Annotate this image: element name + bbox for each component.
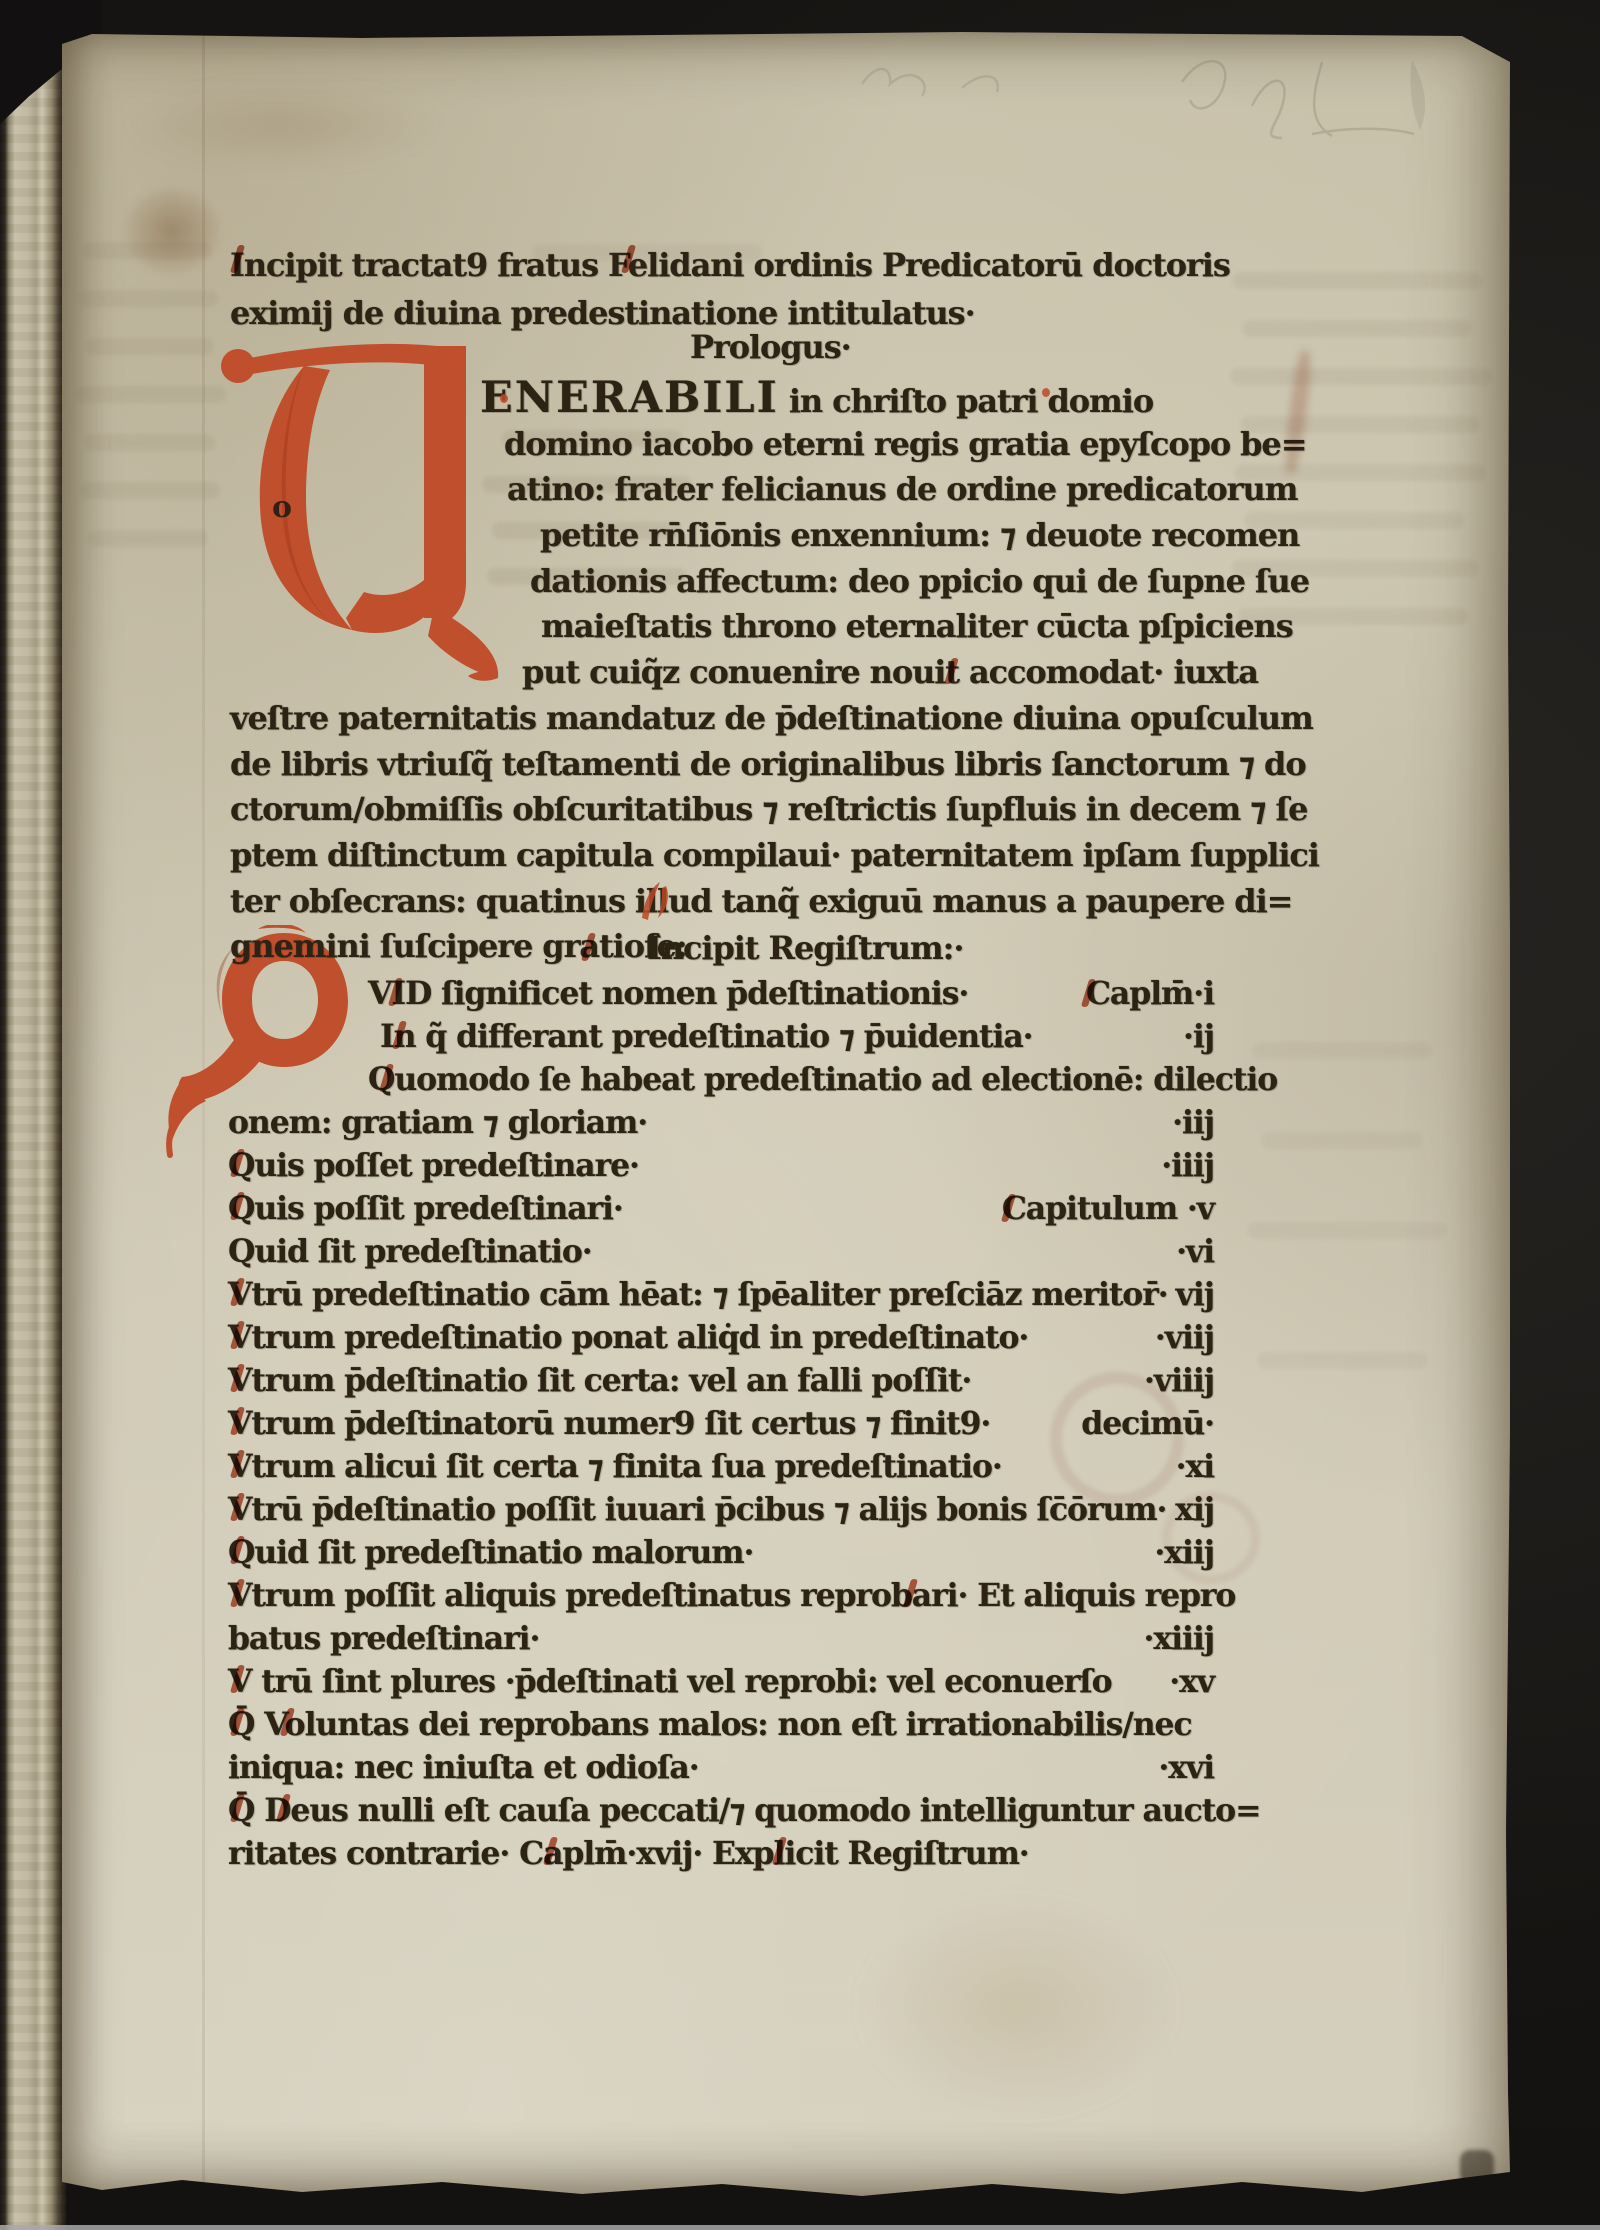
chapter-number: ·xiij [1154, 1531, 1214, 1574]
row-text: VID ſignificet nomen p̄deſtinationis· [368, 975, 968, 1012]
bleedthrough-ghost [80, 482, 220, 499]
chapter-number: ·iij [1172, 1101, 1214, 1144]
register-row: batus predeſtinari··xiiij [228, 1617, 1238, 1660]
chapter-number: ·xvi [1158, 1746, 1214, 1789]
row-text: Vtrum p̄deſtinatio ſit certa: vel an fal… [228, 1362, 971, 1399]
bleedthrough-ghost [76, 386, 226, 403]
prologue-line: ptem diſtinctum capitula compilaui· pate… [230, 833, 1319, 879]
bleedthrough-ghost [1262, 1132, 1422, 1149]
prologue-line-text: in chriſto patri domio [789, 382, 1153, 420]
bleedthrough-ghost [1252, 1042, 1432, 1059]
register-row: Vtrum predeſtinatio ponat aliq̇d in pred… [228, 1316, 1238, 1359]
heading-line: Incipit tractat9 fratus Felidani ordinis… [230, 241, 1230, 289]
rubric-dot [1042, 388, 1050, 397]
register-row: Quomodo ſe habeat predeſtinatio ad elect… [228, 1058, 1238, 1101]
manuscript-leaf: Incipit tractat9 fratus Felidani ordinis… [62, 32, 1510, 2196]
edge-discoloration [122, 80, 442, 170]
chapter-number: ·xiiij [1144, 1617, 1214, 1660]
register-row: onem: gratiam ⁊ gloriam··iij [228, 1101, 1238, 1144]
register-row: In q̃ differant predeſtinatio ⁊ p̄uident… [228, 1015, 1238, 1058]
row-text: iniqua: nec iniuſta et odioſa· [228, 1749, 699, 1786]
chapter-number: ·xi [1176, 1445, 1214, 1488]
bleedthrough-ghost [84, 434, 216, 451]
bleedthrough-ghost [82, 242, 212, 259]
register-row: Vtrum p̄deſtinatio ſit certa: vel an fal… [228, 1359, 1238, 1402]
prologue-line: ter obſecrans: quatinus illud tanq̃ exig… [230, 879, 1319, 925]
row-text: ritates contrarie· Caplm̄·xvij· Explicit… [228, 1835, 1029, 1872]
scanner-edge-line [0, 2225, 1600, 2230]
chapter-number: ·viij [1155, 1316, 1214, 1359]
bleedthrough-ghost [1247, 1222, 1447, 1239]
register-row: Quis poſſit predeſtinari·Capitulum ·v [228, 1187, 1238, 1230]
chapter-number: vij [1176, 1273, 1214, 1316]
row-text: Quid ſit predeſtinatio· [228, 1233, 592, 1270]
handwriting-ghost [1162, 42, 1462, 152]
register-row: Quid ſit predeſtinatio malorum··xiij [228, 1531, 1238, 1574]
red-flourish-mark [634, 878, 680, 922]
handwriting-ghost [852, 44, 1102, 124]
row-text: Vtrū p̄deſtinatio poſſit iuuari p̄cibus … [228, 1491, 1166, 1528]
bleedthrough-ghost [1242, 320, 1472, 337]
register-row: Q̄ Voluntas dei reprobans malos: non eſt… [228, 1703, 1238, 1746]
register-row: Q̄ Deus nulli eſt cauſa peccati/⁊ quomod… [228, 1789, 1238, 1832]
prologue-line: dationis affectum: deo ppicio qui de ſup… [530, 559, 1319, 605]
row-text: Vtrum p̄deſtinatorū numer9 ſit certus ⁊ … [228, 1405, 990, 1442]
prologue-line: de libris vtriuſq̃ teſtamenti de origina… [230, 742, 1319, 788]
row-text: onem: gratiam ⁊ gloriam· [228, 1104, 647, 1141]
prologue-line: ENERABILI in chriſto patri domio [480, 376, 1319, 422]
registrum-heading: Incipit Regiſtrum:· [647, 929, 963, 967]
row-text: Vtrum predeſtinatio ponat aliq̇d in pred… [228, 1319, 1028, 1356]
register-row: iniqua: nec iniuſta et odioſa··xvi [228, 1746, 1238, 1789]
corner-smudge [1460, 2150, 1494, 2184]
row-text: Q̄ Voluntas dei reprobans malos: non eſt… [228, 1706, 1192, 1743]
register-row: Vtrum alicui ſit certa ⁊ finita ſua pred… [228, 1445, 1238, 1488]
register-row: Quis poſſet predeſtinare··iiij [228, 1144, 1238, 1187]
prologue-first-word: ENERABILI [480, 373, 779, 423]
row-text: Vtrum alicui ſit certa ⁊ finita ſua pred… [228, 1448, 1002, 1485]
incipit-heading: Incipit tractat9 fratus Felidani ordinis… [230, 241, 1230, 337]
register-row: Vtrum p̄deſtinatorū numer9 ſit certus ⁊ … [228, 1402, 1238, 1445]
row-text: Quomodo ſe habeat predeſtinatio ad elect… [368, 1061, 1277, 1098]
brown-stain [124, 188, 220, 274]
bleedthrough-ghost [86, 338, 214, 355]
prologue-paragraph: ENERABILI in chriſto patri domio domino … [230, 376, 1319, 970]
prologue-line: maieſtatis throno eternaliter cūcta pſpi… [541, 604, 1319, 650]
row-text: V trū ſint plures ·p̄deſtinati vel repro… [228, 1663, 1112, 1700]
chapter-number: Capitulum ·v [1002, 1187, 1214, 1230]
prologue-line: atino: frater felicianus de ordine predi… [507, 467, 1319, 513]
prologue-line: put cuiq̃z conuenire nouit accomodat· iu… [522, 650, 1319, 696]
row-text: In q̃ differant predeſtinatio ⁊ p̄uident… [380, 1018, 1033, 1055]
chapter-number: xij [1175, 1488, 1214, 1531]
register-row: Vtrū predeſtinatio cām hēat: ⁊ ſpēaliter… [228, 1273, 1238, 1316]
row-text: Quid ſit predeſtinatio malorum· [228, 1534, 753, 1571]
book-gutter-page-edges [0, 26, 66, 2230]
register-row: Vtrū p̄deſtinatio poſſit iuuari p̄cibus … [228, 1488, 1238, 1531]
chapter-number: decimū· [1081, 1402, 1214, 1445]
prologue-line: ctorum/obmiſſis obſcuritatibus ⁊ reſtric… [230, 787, 1319, 833]
rubric-dot [500, 394, 508, 403]
scan-page: { "palette":{"background":"#191715","pap… [0, 0, 1600, 2230]
chapter-number: ·xv [1169, 1660, 1214, 1703]
register-row: Quid ſit predeſtinatio··vi [228, 1230, 1238, 1273]
chapter-number: ·vi [1176, 1230, 1214, 1273]
row-text: Quis poſſet predeſtinare· [228, 1147, 639, 1184]
bottom-stain [852, 1892, 1182, 2122]
chapter-number: ·ij [1031, 1015, 1214, 1058]
bleedthrough-ghost [1232, 272, 1482, 289]
register-list: VID ſignificet nomen p̄deſtinationis·Cap… [228, 972, 1238, 1875]
row-text: Quis poſſit predeſtinari· [228, 1190, 623, 1227]
chapter-number: ·viiij [1144, 1359, 1214, 1402]
prologus-label: Prologus· [690, 328, 851, 366]
row-text: Q̄ Deus nulli eſt cauſa peccati/⁊ quomod… [228, 1792, 1260, 1829]
chapter-number: ·iiij [1161, 1144, 1214, 1187]
register-row: V trū ſint plures ·p̄deſtinati vel repro… [228, 1660, 1238, 1703]
register-row: Vtrum poſſit aliquis predeſtinatus repro… [228, 1574, 1238, 1617]
prologue-line: petite rn̄ſiōnis enxennium: ⁊ deuote rec… [540, 513, 1319, 559]
row-text: batus predeſtinari· [228, 1620, 539, 1657]
prologue-line: veſtre paternitatis mandatuz de p̄deſtin… [230, 696, 1319, 742]
chapter-number: Caplm̄·i [946, 972, 1214, 1015]
row-text: Vtrum poſſit aliquis predeſtinatus repro… [228, 1577, 1235, 1614]
register-row: ritates contrarie· Caplm̄·xvij· Explicit… [228, 1832, 1238, 1875]
bleedthrough-ghost [88, 530, 208, 547]
bleedthrough-ghost [78, 290, 218, 307]
prologue-line: domino iacobo eterni regis gratia epyſco… [504, 422, 1319, 468]
row-text: Vtrū predeſtinatio cām hēat: ⁊ ſpēaliter… [228, 1276, 1168, 1313]
bleedthrough-ghost [1257, 1352, 1427, 1369]
